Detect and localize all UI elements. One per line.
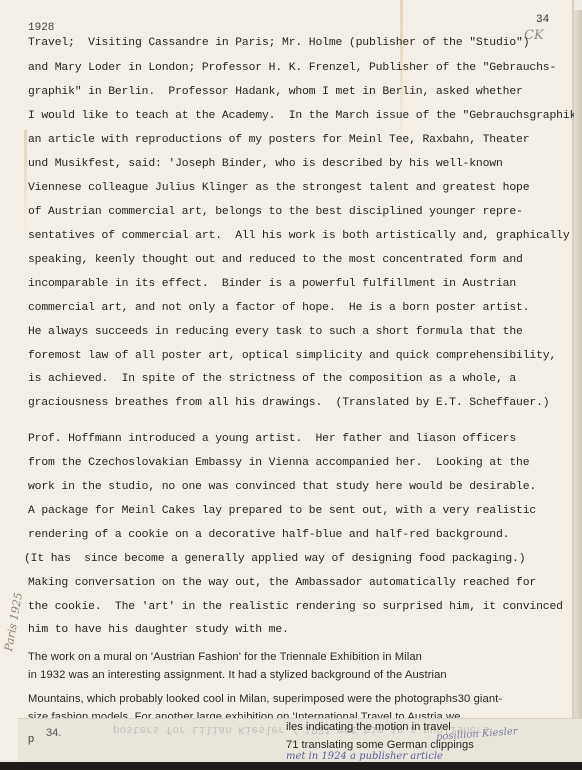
text-line: rendering of a cookie on a decorative ha… (28, 529, 509, 541)
text-line: He always succeeds in reducing every tas… (28, 326, 523, 338)
pasted-paper-strip: p 34. posters for Lilian Kiesler / 1931 … (18, 718, 582, 765)
text-line: sentatives of commercial art. All his wo… (28, 230, 570, 242)
text-line: of Austrian commercial art, belongs to t… (28, 206, 523, 218)
text-line: graphik" in Berlin. Professor Hadank, wh… (28, 86, 523, 98)
text-line: foremost law of all poster art, optical … (28, 350, 556, 362)
page-number: 34 (536, 14, 549, 26)
text-line: from the Czechoslovakian Embassy in Vien… (28, 457, 529, 469)
text-line: the cookie. The 'art' in the realistic r… (28, 601, 563, 613)
text-line: graciousness breathes from all his drawi… (28, 397, 549, 409)
text-line: and Mary Loder in London; Professor H. K… (28, 62, 556, 74)
text-line: Mountains, which probably looked cool in… (28, 693, 502, 705)
typewritten-page: 1928 34 CK Travel; Visiting Cassandre in… (0, 0, 574, 760)
text-line: an article with reproductions of my post… (28, 134, 529, 146)
handwritten-annotation: met in 1924 a publisher article (286, 751, 443, 762)
text-line: in 1932 was an interesting assignment. I… (28, 669, 447, 681)
text-line: Viennese colleague Julius Klinger as the… (28, 182, 529, 194)
text-line: Prof. Hoffmann introduced a young artist… (28, 433, 516, 445)
handwritten-margin-note: Paris 1925 (2, 592, 25, 653)
text-line: commercial art, and not only a factor of… (28, 302, 529, 314)
text-line: I would like to teach at the Academy. In… (28, 110, 582, 122)
text-line: The work on a mural on 'Austrian Fashion… (28, 651, 422, 663)
year-heading: 1928 (28, 22, 54, 34)
text-line: incomparable in its effect. Binder is a … (28, 278, 516, 290)
text-line: 71 translating some German clippings (286, 739, 474, 751)
text-line: Travel; Visiting Cassandre in Paris; Mr.… (28, 37, 529, 49)
page-label: p (28, 733, 34, 745)
text-line: Making conversation on the way out, the … (28, 577, 536, 589)
text-line: (It has since become a generally applied… (24, 553, 525, 565)
page-edge (574, 10, 582, 770)
text-line: speaking, keenly thought out and reduced… (28, 254, 523, 266)
scan-border (0, 762, 582, 770)
paper-stain (24, 130, 27, 240)
text-line: A package for Meinl Cakes lay prepared t… (28, 505, 536, 517)
page-reference: 34. (46, 727, 61, 739)
text-line: is achieved. In spite of the strictness … (28, 373, 516, 385)
text-line: him to have his daughter study with me. (28, 624, 289, 636)
text-line: work in the studio, no one was convinced… (28, 481, 536, 493)
text-line: und Musikfest, said: 'Joseph Binder, who… (28, 158, 503, 170)
text-line: iles indicating the motion in travel (286, 721, 451, 733)
